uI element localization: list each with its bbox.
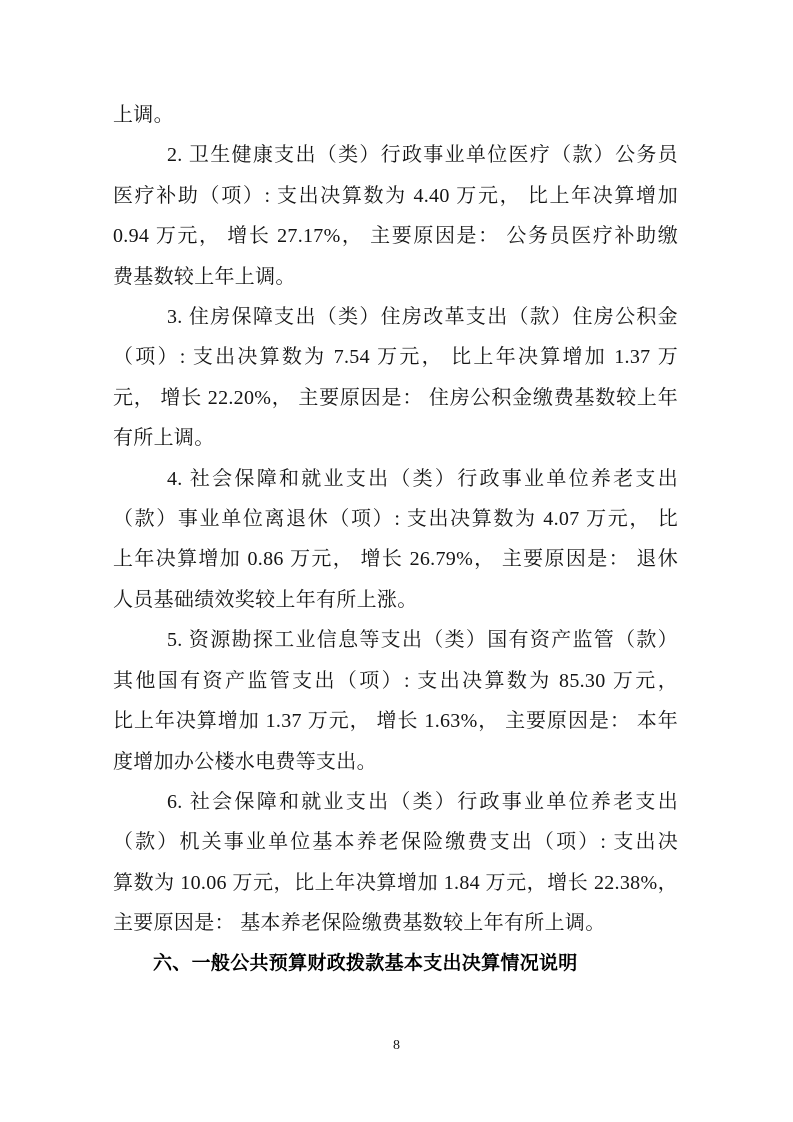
text-line: 费基数较上年上调。 [113,257,678,297]
text-line: 有所上调。 [113,418,678,458]
page-footer: 8 [0,1036,793,1054]
document-body: 上调。2. 卫生健康支出（类）行政事业单位医疗（款）公务员医疗补助（项）: 支出… [113,95,678,984]
text-line: 比上年决算增加 1.37 万元， 增长 1.63%， 主要原因是： 本年 [113,701,678,741]
text-line: 六、一般公共预算财政拨款基本支出决算情况说明 [113,944,678,984]
paragraph: 4. 社会保障和就业支出（类）行政事业单位养老支出（款）事业单位离退休（项）: … [113,459,678,621]
text-line: 医疗补助（项）: 支出决算数为 4.40 万元， 比上年决算增加 [113,176,678,216]
text-line: （项）: 支出决算数为 7.54 万元， 比上年决算增加 1.37 万 [113,337,678,377]
text-line: 5. 资源勘探工业信息等支出（类）国有资产监管（款） [113,620,678,660]
text-line: 人员基础绩效奖较上年有所上涨。 [113,580,678,620]
text-line: 3. 住房保障支出（类）住房改革支出（款）住房公积金 [113,297,678,337]
text-line: （款）事业单位离退休（项）: 支出决算数为 4.07 万元， 比 [113,499,678,539]
text-line: 上调。 [113,95,678,135]
page-number: 8 [393,1038,400,1053]
text-line: 上年决算增加 0.86 万元， 增长 26.79%， 主要原因是： 退休 [113,539,678,579]
text-line: 其他国有资产监管支出（项）: 支出决算数为 85.30 万元， [113,661,678,701]
text-line: 算数为 10.06 万元，比上年决算增加 1.84 万元，增长 22.38%， [113,863,678,903]
text-line: 4. 社会保障和就业支出（类）行政事业单位养老支出 [113,459,678,499]
paragraph: 5. 资源勘探工业信息等支出（类）国有资产监管（款）其他国有资产监管支出（项）:… [113,620,678,782]
text-line: 度增加办公楼水电费等支出。 [113,742,678,782]
paragraph: 6. 社会保障和就业支出（类）行政事业单位养老支出（款）机关事业单位基本养老保险… [113,782,678,944]
text-line: 2. 卫生健康支出（类）行政事业单位医疗（款）公务员 [113,135,678,175]
paragraph: 上调。 [113,95,678,135]
text-line: （款）机关事业单位基本养老保险缴费支出（项）: 支出决 [113,822,678,862]
text-line: 元， 增长 22.20%， 主要原因是： 住房公积金缴费基数较上年 [113,378,678,418]
text-line: 0.94 万元， 增长 27.17%， 主要原因是： 公务员医疗补助缴 [113,216,678,256]
paragraph: 2. 卫生健康支出（类）行政事业单位医疗（款）公务员医疗补助（项）: 支出决算数… [113,135,678,297]
text-line: 主要原因是： 基本养老保险缴费基数较上年有所上调。 [113,903,678,943]
document-page: 上调。2. 卫生健康支出（类）行政事业单位医疗（款）公务员医疗补助（项）: 支出… [0,0,793,1122]
paragraph: 3. 住房保障支出（类）住房改革支出（款）住房公积金（项）: 支出决算数为 7.… [113,297,678,459]
section-heading: 六、一般公共预算财政拨款基本支出决算情况说明 [113,944,678,984]
text-line: 6. 社会保障和就业支出（类）行政事业单位养老支出 [113,782,678,822]
